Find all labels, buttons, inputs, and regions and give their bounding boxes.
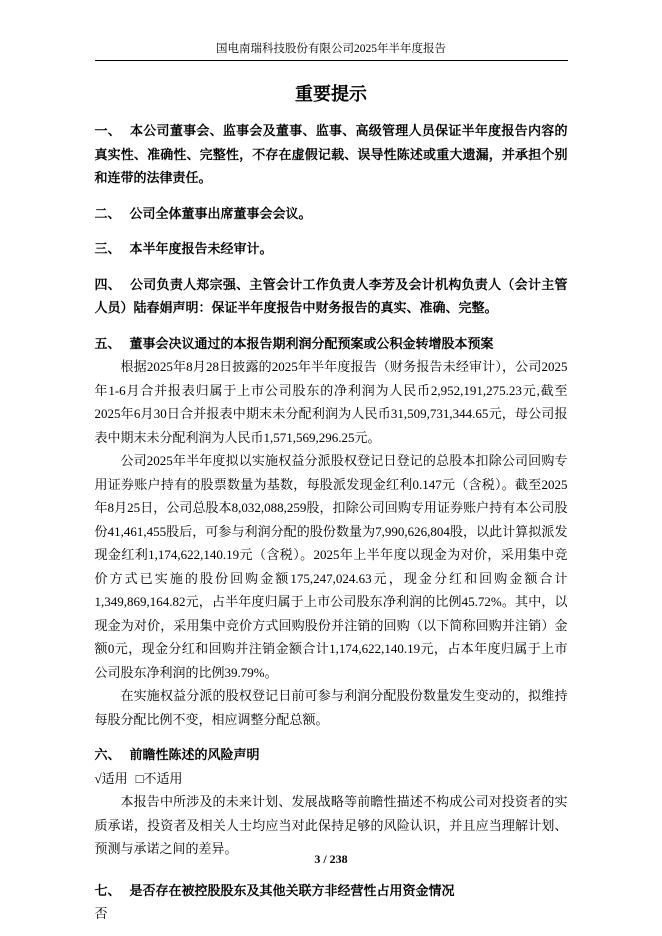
- checkbox-unchecked-icon: □: [136, 771, 144, 786]
- section-three-number: 三、: [95, 241, 121, 256]
- section-six-text: 前瞻性陈述的风险声明: [130, 747, 260, 762]
- section-three: 三、本半年度报告未经审计。: [95, 237, 568, 261]
- section-six: 六、前瞻性陈述的风险声明 √适用□不适用 本报告中所涉及的未来计划、发展战略等前…: [95, 743, 568, 861]
- section-two-text: 公司全体董事出席董事会会议。: [130, 206, 312, 221]
- applicability-line: √适用□不适用: [95, 767, 568, 791]
- section-three-heading: 三、本半年度报告未经审计。: [95, 237, 568, 261]
- section-five-heading: 五、董事会决议通过的本报告期利润分配预案或公积金转增股本预案: [95, 332, 568, 356]
- applicable-label: 适用: [102, 771, 128, 786]
- section-six-number: 六、: [95, 747, 121, 762]
- section-five-text: 董事会决议通过的本报告期利润分配预案或公积金转增股本预案: [130, 336, 494, 351]
- not-applicable-label: 不适用: [144, 771, 183, 786]
- section-four-text: 公司负责人郑宗强、主管会计工作负责人李芳及会计机构负责人（会计主管人员）陆春娟声…: [95, 277, 568, 316]
- section-four: 四、公司负责人郑宗强、主管会计工作负责人李芳及会计机构负责人（会计主管人员）陆春…: [95, 273, 568, 320]
- section-five-number: 五、: [95, 336, 121, 351]
- section-five-paragraph-2: 公司2025年半年度拟以实施权益分派股权登记日登记的总股本扣除公司回购专用证券账…: [95, 449, 568, 684]
- page-content: 国电南瑞科技股份有限公司2025年半年度报告 重要提示 一、本公司董事会、监事会…: [95, 0, 568, 926]
- section-six-paragraph-1: 本报告中所涉及的未来计划、发展战略等前瞻性描述不构成公司对投资者的实质承诺，投资…: [95, 790, 568, 861]
- section-seven-heading: 七、是否存在被控股股东及其他关联方非经营性占用资金情况: [95, 879, 568, 903]
- checkbox-checked-icon: √: [95, 771, 102, 786]
- section-seven: 七、是否存在被控股股东及其他关联方非经营性占用资金情况 否: [95, 879, 568, 926]
- section-six-heading: 六、前瞻性陈述的风险声明: [95, 743, 568, 767]
- section-five: 五、董事会决议通过的本报告期利润分配预案或公积金转增股本预案 根据2025年8月…: [95, 332, 568, 732]
- page-header: 国电南瑞科技股份有限公司2025年半年度报告: [95, 0, 568, 61]
- report-header-title: 国电南瑞科技股份有限公司2025年半年度报告: [95, 42, 568, 57]
- page-title: 重要提示: [95, 81, 568, 107]
- section-one-number: 一、: [95, 123, 122, 138]
- section-five-paragraph-3: 在实施权益分派的股权登记日前可参与利润分配股份数量发生变动的，拟维持每股分配比例…: [95, 684, 568, 731]
- section-one-text: 本公司董事会、监事会及董事、监事、高级管理人员保证半年度报告内容的真实性、准确性…: [95, 123, 568, 185]
- section-two: 二、公司全体董事出席董事会会议。: [95, 202, 568, 226]
- section-one: 一、本公司董事会、监事会及董事、监事、高级管理人员保证半年度报告内容的真实性、准…: [95, 119, 568, 190]
- section-seven-number: 七、: [95, 883, 121, 898]
- section-four-heading: 四、公司负责人郑宗强、主管会计工作负责人李芳及会计机构负责人（会计主管人员）陆春…: [95, 273, 568, 320]
- section-seven-answer: 否: [95, 902, 568, 926]
- section-one-heading: 一、本公司董事会、监事会及董事、监事、高级管理人员保证半年度报告内容的真实性、准…: [95, 119, 568, 190]
- page-number: 3 / 238: [0, 852, 662, 867]
- section-four-number: 四、: [95, 277, 122, 292]
- section-three-text: 本半年度报告未经审计。: [130, 241, 273, 256]
- report-page: 国电南瑞科技股份有限公司2025年半年度报告 重要提示 一、本公司董事会、监事会…: [0, 0, 662, 926]
- section-five-paragraph-1: 根据2025年8月28日披露的2025年半年度报告（财务报告未经审计），公司20…: [95, 355, 568, 449]
- section-two-number: 二、: [95, 206, 121, 221]
- section-seven-text: 是否存在被控股股东及其他关联方非经营性占用资金情况: [130, 883, 455, 898]
- section-two-heading: 二、公司全体董事出席董事会会议。: [95, 202, 568, 226]
